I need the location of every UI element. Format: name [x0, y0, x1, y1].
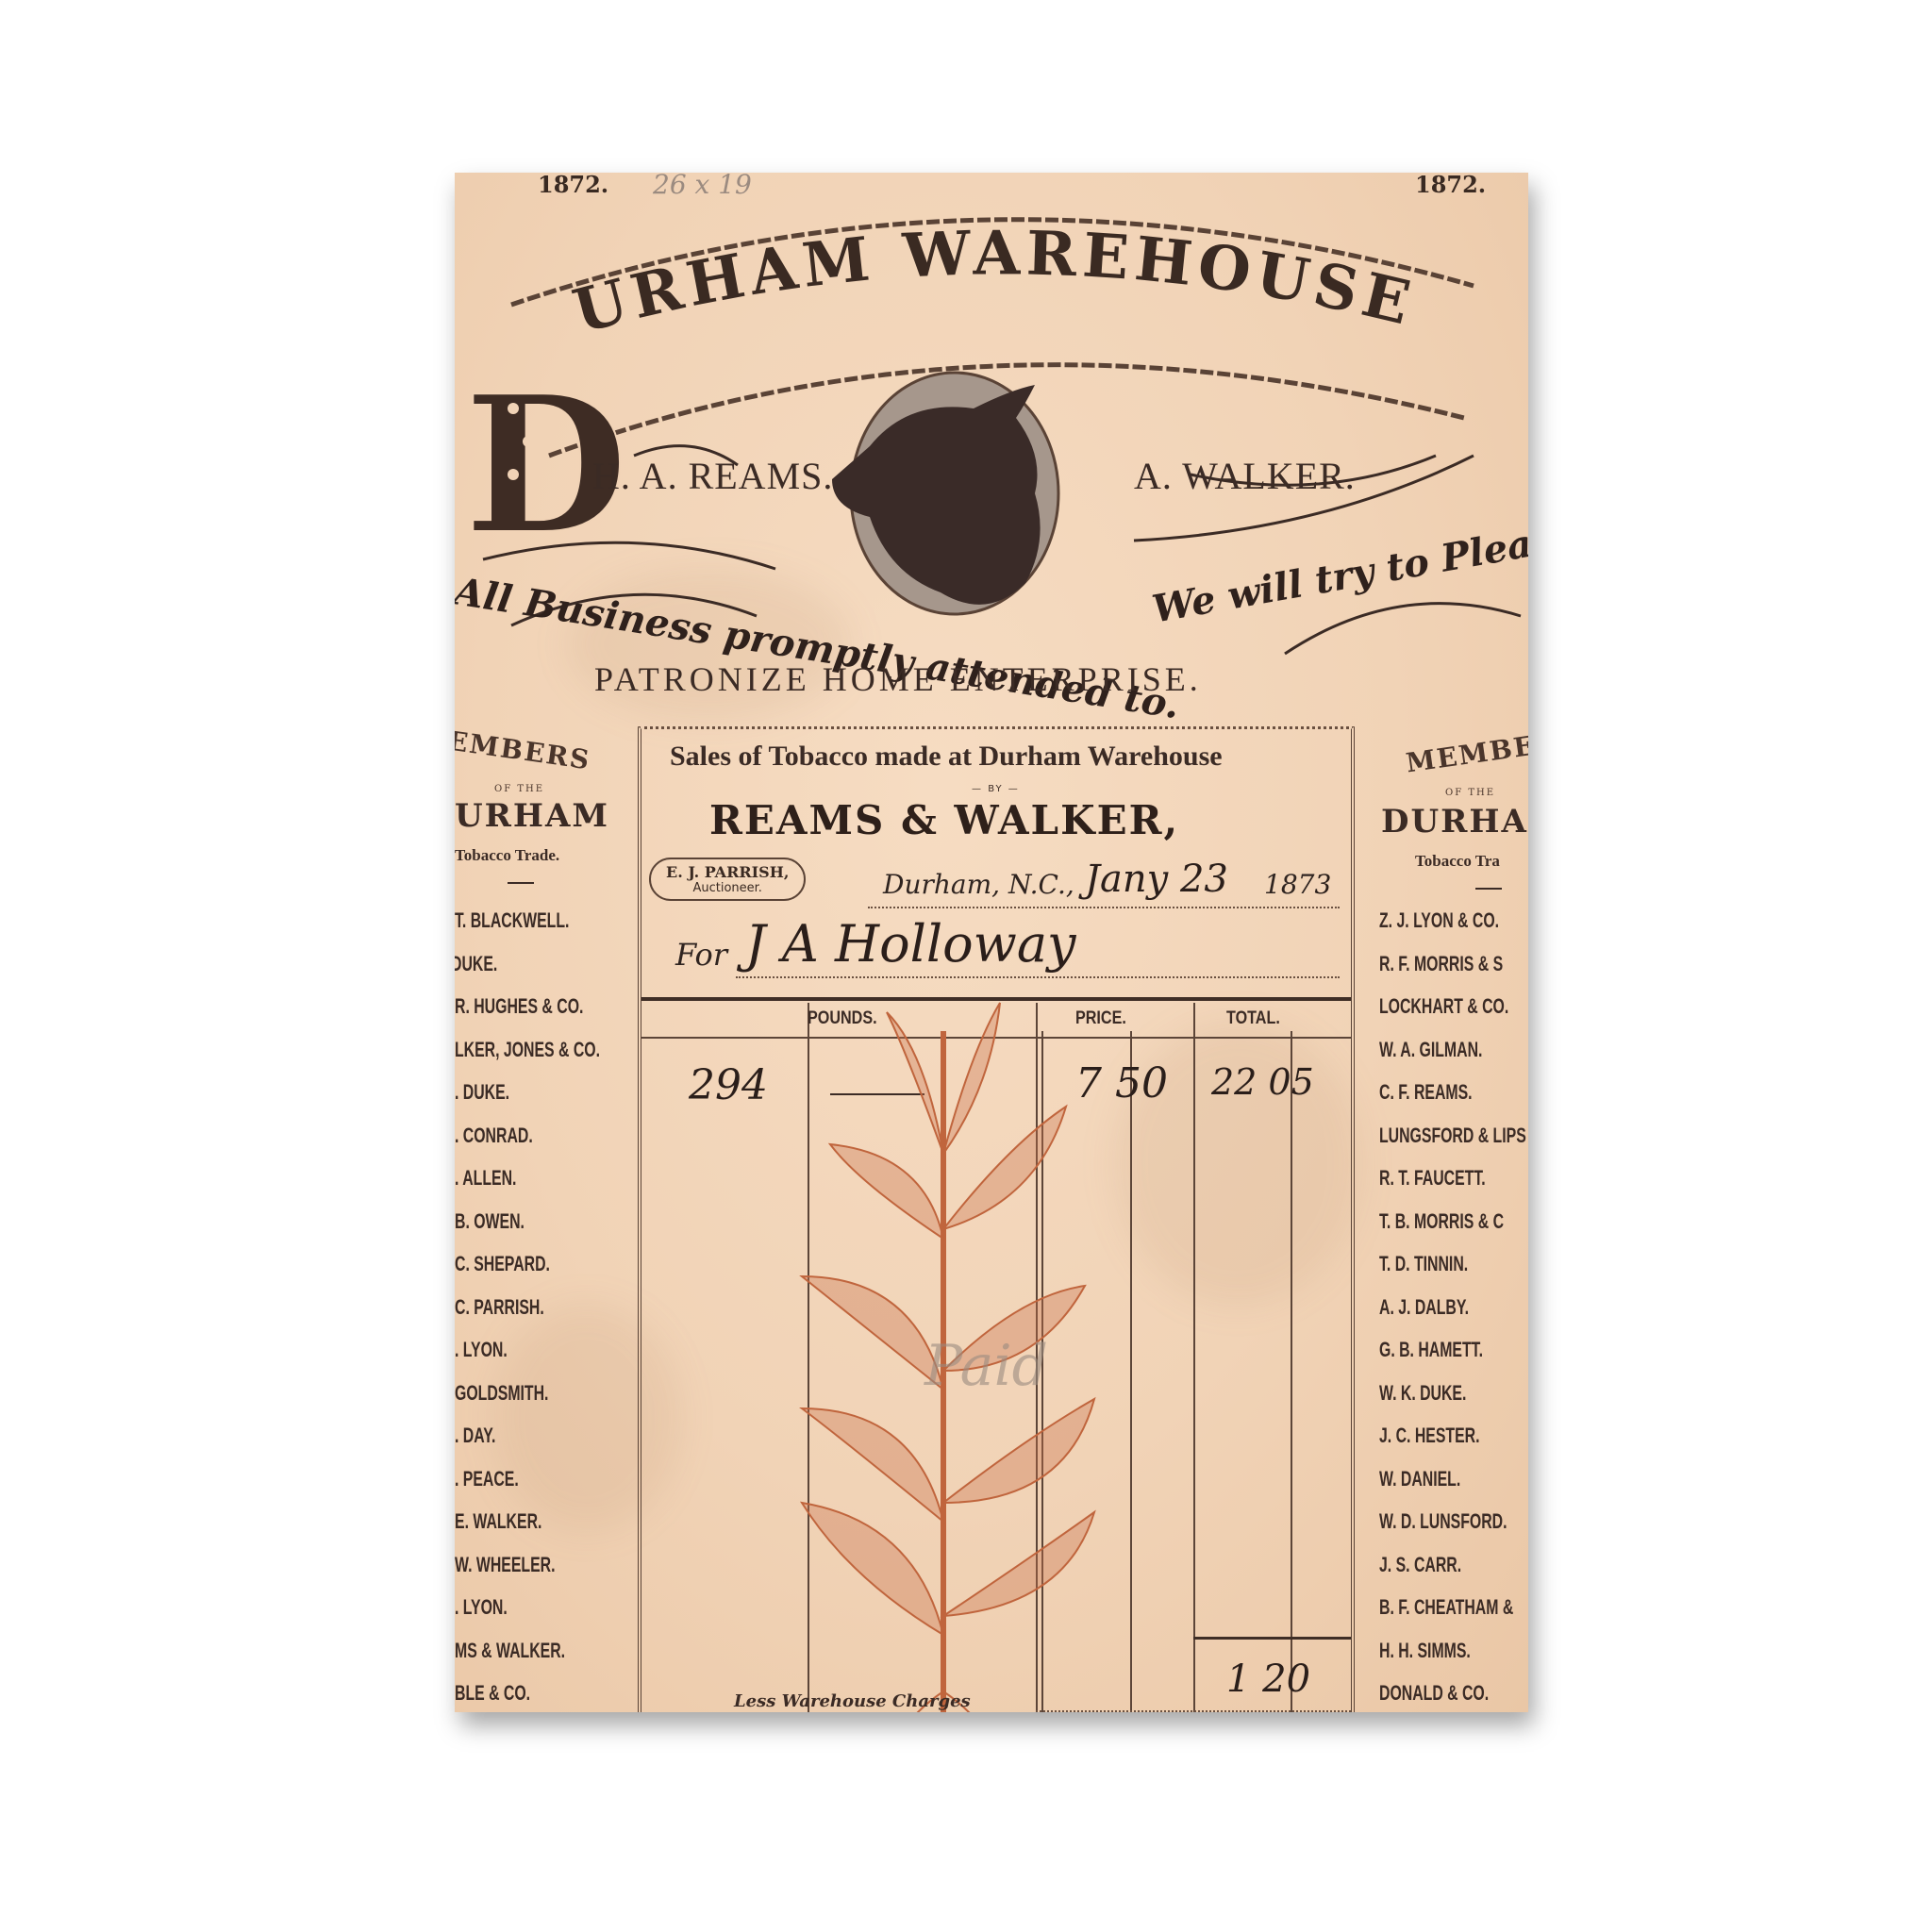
member-right-item: W. K. DUKE.: [1379, 1372, 1526, 1415]
member-right-item: G. B. HAMETT.: [1379, 1328, 1526, 1372]
date-line: [868, 907, 1340, 908]
subtotal-rule: [1193, 1637, 1351, 1640]
charges-line: [1036, 1710, 1351, 1712]
year-digit: 3: [1314, 869, 1331, 900]
member-left-item: B. OWEN.: [455, 1200, 600, 1243]
less-warehouse-charges-label: Less Warehouse Charges: [734, 1691, 971, 1711]
divider: [1475, 888, 1502, 890]
member-right-item: W. A. GILMAN.: [1379, 1028, 1526, 1072]
members-right-city: DURHA: [1381, 803, 1528, 841]
member-right-item: C. F. REAMS.: [1379, 1071, 1526, 1114]
members-right-heading: MEMBE: [1404, 730, 1528, 779]
member-left-item: C. PARRISH.: [455, 1286, 600, 1329]
member-right-item: R. F. MORRIS & S: [1379, 942, 1526, 986]
place-label: Durham, N.C.,: [883, 869, 1074, 900]
members-right-of-the: OF THE: [1445, 788, 1495, 798]
bill-heading: Sales of Tobacco made at Durham Warehous…: [670, 741, 1223, 773]
bill-by: — BY —: [972, 784, 1020, 794]
firm-name: REAMS & WALKER,: [709, 797, 1179, 843]
member-right-item: H. H. SIMMS.: [1379, 1629, 1526, 1673]
column-total: TOTAL.: [1226, 1008, 1280, 1029]
member-right-item: B. F. CHEATHAM &: [1379, 1586, 1526, 1629]
year-printed: 1873: [1264, 869, 1331, 900]
by-label: BY: [988, 784, 1003, 794]
for-label: For: [675, 937, 727, 973]
member-right-item: J. C. HESTER.: [1379, 1414, 1526, 1457]
member-left-item: . CONRAD.: [455, 1114, 600, 1158]
member-left-item: E. WALKER.: [455, 1500, 600, 1543]
member-left-item: MS & WALKER.: [455, 1629, 600, 1673]
member-right-item: J. S. CARR.: [1379, 1543, 1526, 1587]
divider: [508, 882, 534, 884]
member-left-item: . LYON.: [455, 1586, 600, 1629]
members-right-list: Z. J. LYON & CO.R. F. MORRIS & SLOCKHART…: [1379, 899, 1528, 1712]
member-right-item: A. J. DALBY.: [1379, 1286, 1526, 1329]
member-left-item: . DAY.: [455, 1414, 600, 1457]
row-total: 22 05: [1211, 1061, 1314, 1103]
pencil-mark: Paid: [924, 1333, 1048, 1399]
member-right-item: LUNGSFORD & LIPS: [1379, 1114, 1526, 1158]
member-left-item: . PEACE.: [455, 1457, 600, 1501]
member-left-item: T. BLACKWELL.: [455, 899, 600, 942]
members-left-of-the: OF THE: [494, 784, 544, 794]
proprietor-right: A. WALKER.: [1134, 454, 1356, 498]
column-rule: [1130, 1031, 1132, 1712]
proprietor-left: H. A. REAMS.: [592, 454, 833, 498]
customer-name: J A Holloway: [745, 914, 1076, 974]
member-right-item: T. D. TINNIN.: [1379, 1242, 1526, 1286]
member-right-item: W. DANIEL.: [1379, 1457, 1526, 1501]
auctioneer-name: E. J. PARRISH,: [666, 863, 789, 881]
member-left-item: LKER, JONES & CO.: [455, 1028, 600, 1072]
member-left-item: W. WHEELER.: [455, 1543, 600, 1587]
svg-text:URHAM WAREHOUSE: URHAM WAREHOUSE: [566, 218, 1422, 347]
member-right-item: DONALD & CO.: [1379, 1672, 1526, 1712]
auctioneer-role: Auctioneer.: [666, 881, 789, 895]
members-right-trade: Tobacco Tra: [1415, 852, 1500, 871]
row-pounds: 294: [689, 1061, 768, 1109]
bill-of-sale: Sales of Tobacco made at Durham Warehous…: [638, 726, 1355, 1712]
member-left-item: . DUKE.: [455, 1071, 600, 1114]
members-left-trade: Tobacco Trade.: [455, 846, 559, 865]
member-right-item: Z. J. LYON & CO.: [1379, 899, 1526, 942]
member-right-item: R. T. FAUCETT.: [1379, 1157, 1526, 1200]
date-handwritten: Jany 23: [1085, 858, 1228, 901]
members-left-city: URHAM: [455, 797, 609, 835]
member-left-item: DUKE.: [455, 942, 599, 986]
column-rule: [1193, 1003, 1195, 1712]
column-rule: [1291, 1031, 1292, 1712]
customer-line: [736, 976, 1340, 978]
member-left-item: . LYON.: [455, 1328, 600, 1372]
member-right-item: T. B. MORRIS & C: [1379, 1200, 1526, 1243]
members-left-heading: EMBERS: [455, 725, 592, 776]
member-left-item: C. SHEPARD.: [455, 1242, 600, 1286]
member-right-item: LOCKHART & CO.: [1379, 985, 1526, 1028]
warehouse-charges: 1 20: [1226, 1657, 1310, 1701]
auctioneer-stamp: E. J. PARRISH, Auctioneer.: [649, 858, 806, 901]
member-right-item: W. D. LUNSFORD.: [1379, 1500, 1526, 1543]
member-left-item: R. HUGHES & CO.: [455, 985, 600, 1028]
receipt-document: 1872. 1872. 26 x 19 D URHAM WAREHOUSE H.…: [455, 173, 1528, 1712]
year-prefix: 187: [1264, 869, 1314, 900]
member-left-item: GOLDSMITH.: [455, 1372, 600, 1415]
motto: PATRONIZE HOME ENTERPRISE.: [594, 659, 1202, 699]
members-left-list: T. BLACKWELL.DUKE.R. HUGHES & CO.LKER, J…: [455, 899, 657, 1712]
member-left-item: . ALLEN.: [455, 1157, 600, 1200]
member-left-item: BLE & CO.: [455, 1672, 600, 1712]
